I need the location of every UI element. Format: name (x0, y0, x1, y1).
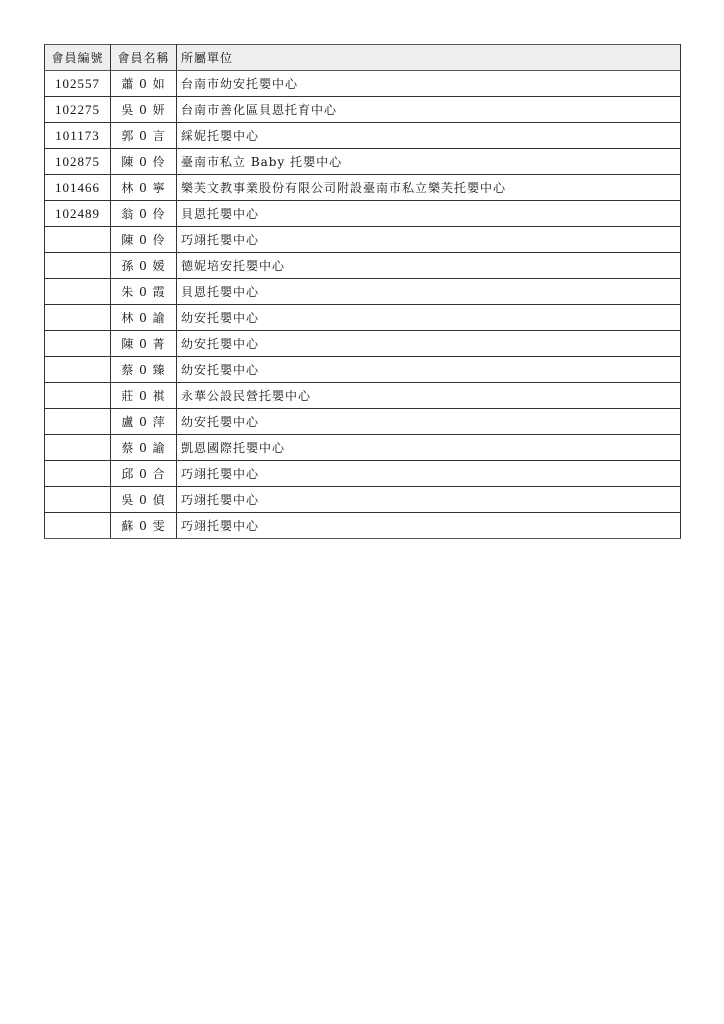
cell-member-id (45, 383, 111, 409)
cell-member-name: 莊 0 褀 (111, 383, 177, 409)
cell-unit: 貝恩托嬰中心 (177, 279, 681, 305)
cell-unit: 貝恩托嬰中心 (177, 201, 681, 227)
cell-unit: 幼安托嬰中心 (177, 305, 681, 331)
table-row: 吳 0 偵巧翊托嬰中心 (45, 487, 681, 513)
table-row: 盧 0 萍幼安托嬰中心 (45, 409, 681, 435)
cell-unit: 巧翊托嬰中心 (177, 487, 681, 513)
table-row: 陳 0 伶巧翊托嬰中心 (45, 227, 681, 253)
cell-member-name: 盧 0 萍 (111, 409, 177, 435)
cell-unit: 臺南市私立 Baby 托嬰中心 (177, 149, 681, 175)
cell-member-id: 101466 (45, 175, 111, 201)
cell-member-id: 102875 (45, 149, 111, 175)
table-header: 會員編號 會員名稱 所屬單位 (45, 45, 681, 71)
cell-member-id: 102557 (45, 71, 111, 97)
cell-member-name: 朱 0 霞 (111, 279, 177, 305)
cell-member-id: 102489 (45, 201, 111, 227)
table-row: 陳 0 菁幼安托嬰中心 (45, 331, 681, 357)
cell-member-name: 蘇 0 雯 (111, 513, 177, 539)
table-row: 102557蕭 0 如台南市幼安托嬰中心 (45, 71, 681, 97)
cell-member-name: 邱 0 合 (111, 461, 177, 487)
table-row: 林 0 諭幼安托嬰中心 (45, 305, 681, 331)
cell-unit: 巧翊托嬰中心 (177, 461, 681, 487)
cell-unit: 巧翊托嬰中心 (177, 227, 681, 253)
cell-unit: 凱恩國際托嬰中心 (177, 435, 681, 461)
cell-member-name: 陳 0 伶 (111, 227, 177, 253)
cell-member-name: 翁 0 伶 (111, 201, 177, 227)
cell-member-id (45, 279, 111, 305)
cell-member-name: 郭 0 言 (111, 123, 177, 149)
member-table: 會員編號 會員名稱 所屬單位 102557蕭 0 如台南市幼安托嬰中心 1022… (44, 44, 681, 539)
cell-member-name: 林 0 諭 (111, 305, 177, 331)
cell-member-id (45, 357, 111, 383)
cell-member-id (45, 331, 111, 357)
table-row: 邱 0 合巧翊托嬰中心 (45, 461, 681, 487)
table-row: 101173郭 0 言綵妮托嬰中心 (45, 123, 681, 149)
cell-unit: 永華公設民營托嬰中心 (177, 383, 681, 409)
header-unit: 所屬單位 (177, 45, 681, 71)
cell-member-id (45, 305, 111, 331)
cell-unit: 幼安托嬰中心 (177, 331, 681, 357)
table-row: 孫 0 媛德妮培安托嬰中心 (45, 253, 681, 279)
table-row: 蔡 0 諭凱恩國際托嬰中心 (45, 435, 681, 461)
cell-member-id (45, 435, 111, 461)
table-row: 102489翁 0 伶貝恩托嬰中心 (45, 201, 681, 227)
cell-member-name: 吳 0 妍 (111, 97, 177, 123)
cell-member-id: 101173 (45, 123, 111, 149)
cell-member-name: 蔡 0 諭 (111, 435, 177, 461)
cell-member-id (45, 513, 111, 539)
cell-member-name: 陳 0 伶 (111, 149, 177, 175)
header-member-id: 會員編號 (45, 45, 111, 71)
cell-member-id (45, 487, 111, 513)
cell-unit: 德妮培安托嬰中心 (177, 253, 681, 279)
cell-member-name: 蕭 0 如 (111, 71, 177, 97)
cell-unit: 幼安托嬰中心 (177, 357, 681, 383)
cell-member-name: 林 0 寧 (111, 175, 177, 201)
cell-member-id: 102275 (45, 97, 111, 123)
cell-member-name: 陳 0 菁 (111, 331, 177, 357)
cell-member-name: 孫 0 媛 (111, 253, 177, 279)
table-row: 朱 0 霞貝恩托嬰中心 (45, 279, 681, 305)
header-row: 會員編號 會員名稱 所屬單位 (45, 45, 681, 71)
cell-member-id (45, 227, 111, 253)
table-row: 102875陳 0 伶臺南市私立 Baby 托嬰中心 (45, 149, 681, 175)
table-row: 莊 0 褀永華公設民營托嬰中心 (45, 383, 681, 409)
cell-unit: 幼安托嬰中心 (177, 409, 681, 435)
cell-unit: 綵妮托嬰中心 (177, 123, 681, 149)
table-row: 102275吳 0 妍台南市善化區貝恩托育中心 (45, 97, 681, 123)
cell-unit: 台南市善化區貝恩托育中心 (177, 97, 681, 123)
table-row: 101466林 0 寧樂芙文教事業股份有限公司附設臺南市私立樂芙托嬰中心 (45, 175, 681, 201)
table-row: 蔡 0 臻幼安托嬰中心 (45, 357, 681, 383)
cell-member-id (45, 461, 111, 487)
cell-unit: 台南市幼安托嬰中心 (177, 71, 681, 97)
cell-member-name: 蔡 0 臻 (111, 357, 177, 383)
cell-member-id (45, 253, 111, 279)
table-row: 蘇 0 雯巧翊托嬰中心 (45, 513, 681, 539)
table-body: 102557蕭 0 如台南市幼安托嬰中心 102275吳 0 妍台南市善化區貝恩… (45, 71, 681, 539)
cell-member-name: 吳 0 偵 (111, 487, 177, 513)
cell-unit: 樂芙文教事業股份有限公司附設臺南市私立樂芙托嬰中心 (177, 175, 681, 201)
cell-member-id (45, 409, 111, 435)
header-member-name: 會員名稱 (111, 45, 177, 71)
cell-unit: 巧翊托嬰中心 (177, 513, 681, 539)
